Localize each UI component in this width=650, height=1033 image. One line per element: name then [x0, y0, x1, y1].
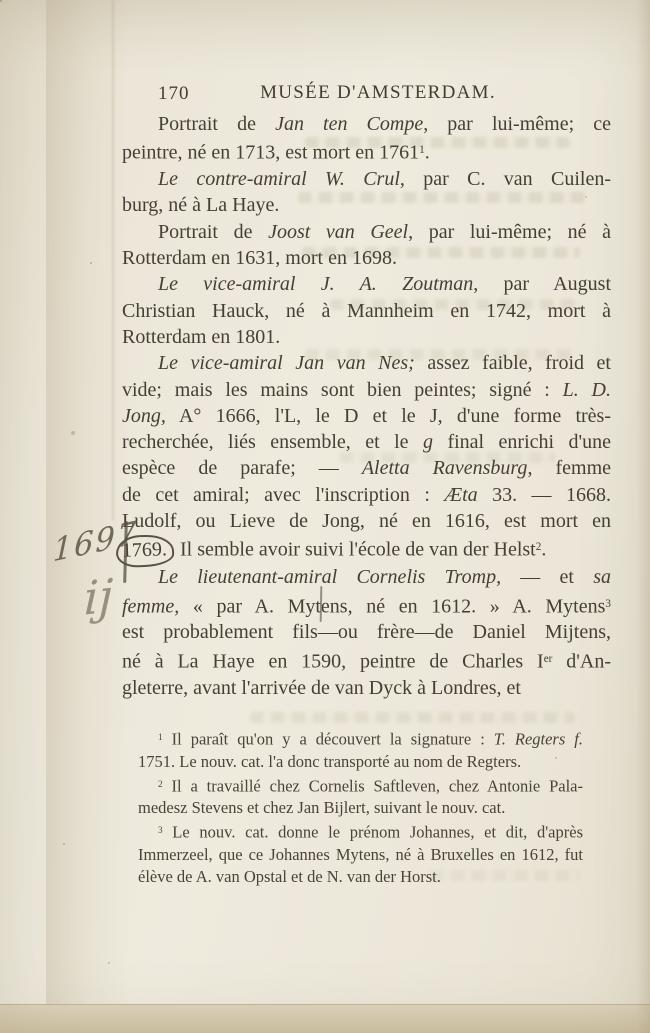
- text-line: Le lieutenant-amiral Cornelis Tromp, — e…: [122, 564, 611, 590]
- text-segment: burg, né à La Haye.: [122, 194, 279, 216]
- show-through-smudge: [250, 712, 575, 723]
- page-torn-edge: [112, 0, 114, 520]
- text-segment: T. Regters f.: [494, 730, 583, 749]
- text-line: burg, né à La Haye.: [122, 192, 611, 218]
- text-segment: , par lui-même; ce: [423, 113, 611, 135]
- text-segment: recherchée, liés ensemble, et le: [122, 431, 423, 453]
- text-segment: Æta: [444, 484, 477, 506]
- text-line: peintre, né en 1713, est mort en 17611.: [122, 137, 611, 166]
- text-line: élève de A. van Opstal et de N. van der …: [138, 866, 583, 888]
- text-segment: Jan ten Compe: [275, 113, 423, 135]
- text-line: Le vice-amiral J. A. Zoutman, par August: [122, 271, 611, 297]
- text-segment: Portrait de: [158, 113, 275, 135]
- text-segment: espèce de parafe; —: [122, 457, 362, 479]
- text-line: medesz Stevens et chez Jan Bijlert, suiv…: [138, 797, 583, 819]
- book-page-photo: 170 MUSÉE D'AMSTERDAM. Portrait de Jan t…: [0, 0, 650, 1033]
- text-segment: Le lieutenant-amiral Cornelis Tromp,: [158, 566, 501, 588]
- text-segment: gleterre, avant l'arrivée de van Dyck à …: [122, 677, 521, 699]
- text-segment: Le nouv. cat. donne le prénom Johannes, …: [163, 823, 583, 842]
- text-line: 1751. Le nouv. cat. l'a donc transporté …: [138, 751, 583, 773]
- text-segment: né à La Haye en 1590, peintre de Charles…: [122, 650, 544, 672]
- text-segment: .: [425, 142, 430, 164]
- text-line: gleterre, avant l'arrivée de van Dyck à …: [122, 675, 611, 701]
- text-segment: élève de A. van Opstal et de N. van der …: [138, 867, 441, 886]
- text-segment: medesz Stevens et chez Jan Bijlert, suiv…: [138, 798, 505, 817]
- text-line: Immerzeel, que ce Johannes Mytens, né à …: [138, 844, 583, 866]
- text-segment: , par August: [473, 273, 611, 295]
- text-line: 3 Le nouv. cat. donne le prénom Johannes…: [138, 819, 583, 844]
- page-number: 170: [158, 83, 190, 105]
- text-segment: Immerzeel, que ce Johannes Mytens, né à …: [138, 845, 583, 864]
- text-line: Rotterdam en 1631, mort en 1698.: [122, 245, 611, 271]
- text-segment: , par lui-même; né à: [408, 221, 611, 243]
- book-edge-pages: [0, 0, 46, 1033]
- text-line: Portrait de Joost van Geel, par lui-même…: [122, 219, 611, 245]
- text-line: Rotterdam en 1801.: [122, 324, 611, 350]
- text-segment: sa: [593, 566, 611, 588]
- text-segment: assez faible, froid et: [415, 352, 611, 374]
- text-line: 1769. Il semble avoir suivi l'école de v…: [122, 534, 611, 564]
- text-segment: d'An-: [552, 650, 611, 672]
- text-segment: final enrichi d'une: [433, 431, 611, 453]
- paper-specks: [0, 0, 2, 2]
- handwritten-margin-mark: ij: [83, 568, 114, 626]
- page-right-shade: [636, 0, 650, 1033]
- text-segment: , par C. van Cuilen-: [400, 168, 611, 190]
- running-title: MUSÉE D'AMSTERDAM.: [260, 82, 496, 104]
- text-line: recherchée, liés ensemble, et le g final…: [122, 429, 611, 455]
- text-segment: Le contre-amiral W. Crul: [158, 168, 400, 190]
- text-segment: vide; mais les mains sont bien peintes; …: [122, 379, 563, 401]
- text-line: Portrait de Jan ten Compe, par lui-même;…: [122, 111, 611, 137]
- text-segment: « par A. Mytens, né en 1612. » A. Mytens: [179, 595, 605, 617]
- text-line: espèce de parafe; — Aletta Ravensburg, f…: [122, 455, 611, 481]
- text-line: de cet amiral; avec l'inscription : Æta …: [122, 482, 611, 508]
- text-segment: L. D.: [563, 379, 611, 401]
- text-line: Jong, A° 1666, l'L, le D et le J, d'une …: [122, 403, 611, 429]
- text-segment: Christian Hauck, né à Mannheim en 1742, …: [122, 300, 611, 322]
- text-line: femme, « par A. Mytens, né en 1612. » A.…: [122, 591, 611, 620]
- text-segment: Le vice-amiral J. A. Zoutman: [158, 273, 473, 295]
- text-segment: peintre, né en 1713, est mort en 1761: [122, 142, 419, 164]
- book-bottom-edge: [0, 1004, 650, 1033]
- text-segment: de cet amiral; avec l'inscription :: [122, 484, 444, 506]
- text-segment: 1751. Le nouv. cat. l'a donc transporté …: [138, 752, 521, 771]
- text-line: est probablement fils—ou frère—de Daniel…: [122, 619, 611, 645]
- text-segment: Il semble avoir suivi l'école de van der…: [175, 539, 536, 561]
- text-segment: Portrait de: [158, 221, 268, 243]
- text-segment: 3: [605, 598, 611, 610]
- text-segment: Joost van Geel: [268, 221, 408, 243]
- text-line: 2 Il a travaillé chez Cornelis Saftleven…: [138, 773, 583, 798]
- text-line: Le vice-amiral Jan van Nes; assez faible…: [122, 350, 611, 376]
- text-segment: Rotterdam en 1801.: [122, 326, 280, 348]
- text-segment: A° 1666, l'L, le D et le J, d'une forme …: [166, 405, 611, 427]
- text-segment: Rotterdam en 1631, mort en 1698.: [122, 247, 397, 269]
- text-line: Ludolf, ou Lieve de Jong, né en 1616, es…: [122, 508, 611, 534]
- text-segment: .: [541, 539, 546, 561]
- text-line: 1 Il paraît qu'on y a découvert la signa…: [138, 726, 583, 751]
- text-segment: Il paraît qu'on y a découvert la signatu…: [163, 730, 494, 749]
- text-segment: Le vice-amiral Jan van Nes;: [158, 352, 415, 374]
- footnotes: 1 Il paraît qu'on y a découvert la signa…: [138, 726, 583, 888]
- text-segment: g: [423, 431, 433, 453]
- text-segment: est probablement fils—ou frère—de Daniel…: [122, 621, 611, 643]
- text-segment: 33. — 1668.: [478, 484, 611, 506]
- text-segment: Il a travaillé chez Cornelis Saftleven, …: [163, 776, 583, 795]
- text-line: Christian Hauck, né à Mannheim en 1742, …: [122, 298, 611, 324]
- body-text: Portrait de Jan ten Compe, par lui-même;…: [122, 111, 611, 701]
- text-segment: Ludolf, ou Lieve de Jong, né en 1616, es…: [122, 510, 611, 532]
- text-line: né à La Haye en 1590, peintre de Charles…: [122, 646, 611, 675]
- text-segment: Aletta Ravensburg: [362, 457, 528, 479]
- text-line: Le contre-amiral W. Crul, par C. van Cui…: [122, 166, 611, 192]
- text-segment: , femme: [527, 457, 611, 479]
- text-segment: femme,: [122, 595, 179, 617]
- text-segment: — et: [501, 566, 593, 588]
- text-line: vide; mais les mains sont bien peintes; …: [122, 377, 611, 403]
- text-segment: Jong,: [122, 405, 166, 427]
